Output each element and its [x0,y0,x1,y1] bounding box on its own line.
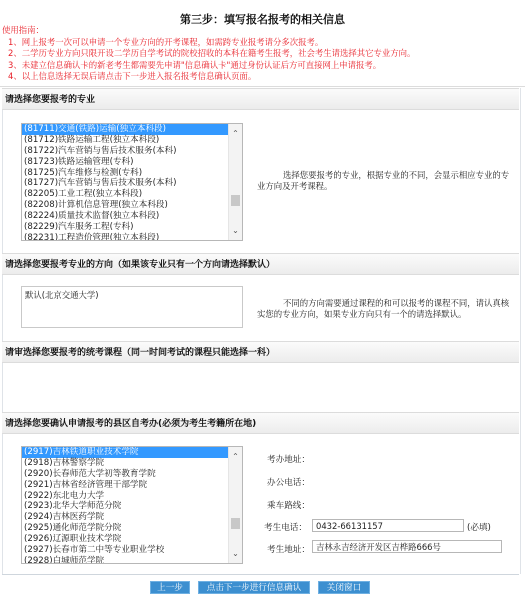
office-option[interactable]: (2920)长春师范大学初等教育学院 [22,469,242,480]
next-step-button[interactable]: 点击下一步进行信息确认 [198,581,310,594]
office-option[interactable]: (2917)吉林铁道职业技术学院 [22,447,242,458]
office-address-label: 考办地址： [267,453,310,465]
divider [0,86,525,87]
student-address-label: 考生地址： [267,543,310,555]
office-option[interactable]: (2923)北华大学师范分院 [22,501,242,512]
scrollbar-thumb[interactable] [231,518,240,529]
guide-item-1: 1、网上报考一次可以申请一个专业方向的开考课程，如需跨专业报考请分多次报考。 [2,37,415,49]
major-hint: 选择您要报考的专业，根据专业的不同，会显示相应专业的专业方向及开考课程。 [257,170,512,192]
major-option[interactable]: (81723)铁路运输管理(专科) [22,157,242,168]
chevron-up-icon[interactable]: ⌃ [229,451,242,463]
major-option[interactable]: (82224)质量技术监督(独立本科段) [22,211,242,222]
major-option[interactable]: (81725)汽车维修与检测(专科) [22,168,242,179]
office-phone-label: 办公电话： [267,476,310,488]
office-option[interactable]: (2918)吉林警察学院 [22,458,242,469]
major-option[interactable]: (81722)汽车营销与售后技术服务(本科) [22,146,242,157]
divider [2,574,519,575]
chevron-up-icon[interactable]: ⌃ [229,128,242,140]
guide-item-3: 3、未建立信息确认卡的新老考生都需要先申请"信息确认卡"通过身份认证后方可直接网… [2,60,415,72]
bus-route-label: 乘车路线： [267,499,310,511]
student-address-input[interactable] [312,540,502,553]
office-listbox[interactable]: (2917)吉林铁道职业技术学院 (2918)吉林警察学院 (2920)长春师范… [21,446,243,564]
major-option[interactable]: (82208)计算机信息管理(独立本科段) [22,200,242,211]
office-option[interactable]: (2921)吉林省经济管理干部学院 [22,480,242,491]
close-window-button[interactable]: 关闭窗口 [318,581,370,594]
guide-item-4: 4、以上信息选择无误后请点击下一步进入报名报考信息确认页面。 [2,71,415,83]
required-note: (必填) [467,521,491,533]
office-option[interactable]: (2924)吉林医药学院 [22,512,242,523]
major-option[interactable]: (81712)铁路运输工程(独立本科段) [22,135,242,146]
major-option[interactable]: (82229)汽车服务工程(专科) [22,222,242,233]
major-listbox[interactable]: (81711)交通(铁路)运输(独立本科段) (81712)铁路运输工程(独立本… [21,123,243,241]
direction-listbox[interactable]: 默认(北京交通大学) [21,286,243,328]
student-phone-input[interactable] [312,519,464,532]
office-option[interactable]: (2925)通化师范学院分院 [22,523,242,534]
major-option[interactable]: (82231)工程造价管理(独立本科段) [22,233,242,241]
major-option[interactable]: (82205)工业工程(独立本科段) [22,189,242,200]
major-section-heading: 请选择您要报考的专业 [2,88,519,110]
office-section-heading: 请选择您要确认申请报考的县区自考办(必须为考生考籍所在地) [2,412,519,434]
direction-section-heading: 请选择您要报考专业的方向（如果该专业只有一个方向请选择默认） [2,253,519,275]
major-list-scrollbar[interactable]: ⌃ ⌄ [228,124,242,240]
guide-heading: 使用指南： [2,25,415,37]
guide-item-2: 2、二学历专业方向只限开设二学历自学考试的院校招收的本科在籍考生报考，社会考生请… [2,48,415,60]
usage-guide: 使用指南： 1、网上报考一次可以申请一个专业方向的开考课程，如需跨专业报考请分多… [2,25,415,83]
chevron-down-icon[interactable]: ⌄ [229,225,242,237]
student-phone-label: 考生电话： [264,521,307,533]
scrollbar-thumb[interactable] [231,195,240,206]
course-section-heading: 请审选择您要报考的统考课程（同一时间考试的课程只能选择一科） [2,341,519,363]
direction-option[interactable]: 默认(北京交通大学) [25,289,239,301]
office-option[interactable]: (2926)辽源职业技术学院 [22,534,242,545]
office-list-scrollbar[interactable]: ⌃ ⌄ [228,447,242,563]
office-option[interactable]: (2927)长春市第二中等专业职业学校 [22,545,242,556]
major-option[interactable]: (81727)汽车营销与售后技术服务(本科) [22,178,242,189]
chevron-down-icon[interactable]: ⌄ [229,548,242,560]
office-option[interactable]: (2928)白城师范学院 [22,556,242,564]
prev-step-button[interactable]: 上一步 [150,581,190,594]
major-option[interactable]: (81711)交通(铁路)运输(独立本科段) [22,124,242,135]
office-option[interactable]: (2922)东北电力大学 [22,491,242,502]
direction-hint: 不同的方向需要通过课程的和可以报考的课程不同，请认真核实您的专业方向，如果专业方… [257,298,512,320]
